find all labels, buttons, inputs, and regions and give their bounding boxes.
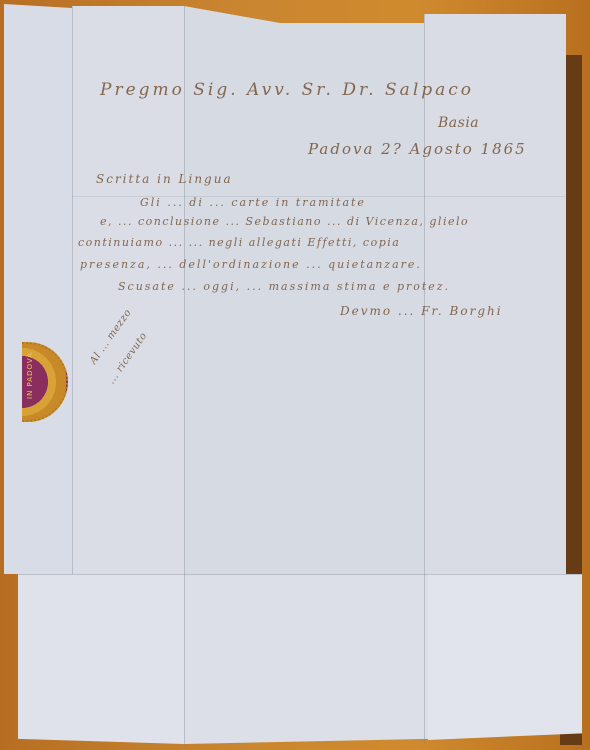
body-line-4: presenza, ... dell'ordinazione ... quiet… — [80, 258, 422, 271]
seal-text: IN PADOVA — [26, 352, 34, 399]
paper-panel-bottom-right — [428, 574, 582, 740]
paper-panel-bottom-left — [18, 574, 184, 744]
body-line-1: Gli ... di ... carte in tramitate — [140, 196, 366, 209]
address-line-1: Pregmo Sig. Avv. Sr. Dr. Salpaco — [100, 80, 474, 100]
dateline: Padova 2? Agosto 1865 — [308, 140, 527, 158]
letter-sheet: Pregmo Sig. Avv. Sr. Dr. Salpaco Basia P… — [0, 0, 590, 750]
body-line-3: continuiamo ... ... negli allegati Effet… — [78, 236, 400, 249]
salutation: Scritta in Lingua — [96, 172, 233, 186]
body-line-2: e, ... conclusione ... Sebastiano ... di… — [100, 215, 469, 228]
signature: Devmo ... Fr. Borghi — [340, 304, 503, 318]
paper-panel-bottom-center — [184, 574, 428, 744]
fold-line — [72, 6, 73, 574]
body-line-5: Scusate ... oggi, ... massima stima e pr… — [118, 280, 450, 293]
address-line-2: Basia — [438, 115, 479, 131]
fold-line — [18, 574, 582, 575]
fold-line — [184, 6, 185, 746]
paper-panel-top-left — [4, 4, 72, 574]
fold-line — [424, 14, 425, 744]
